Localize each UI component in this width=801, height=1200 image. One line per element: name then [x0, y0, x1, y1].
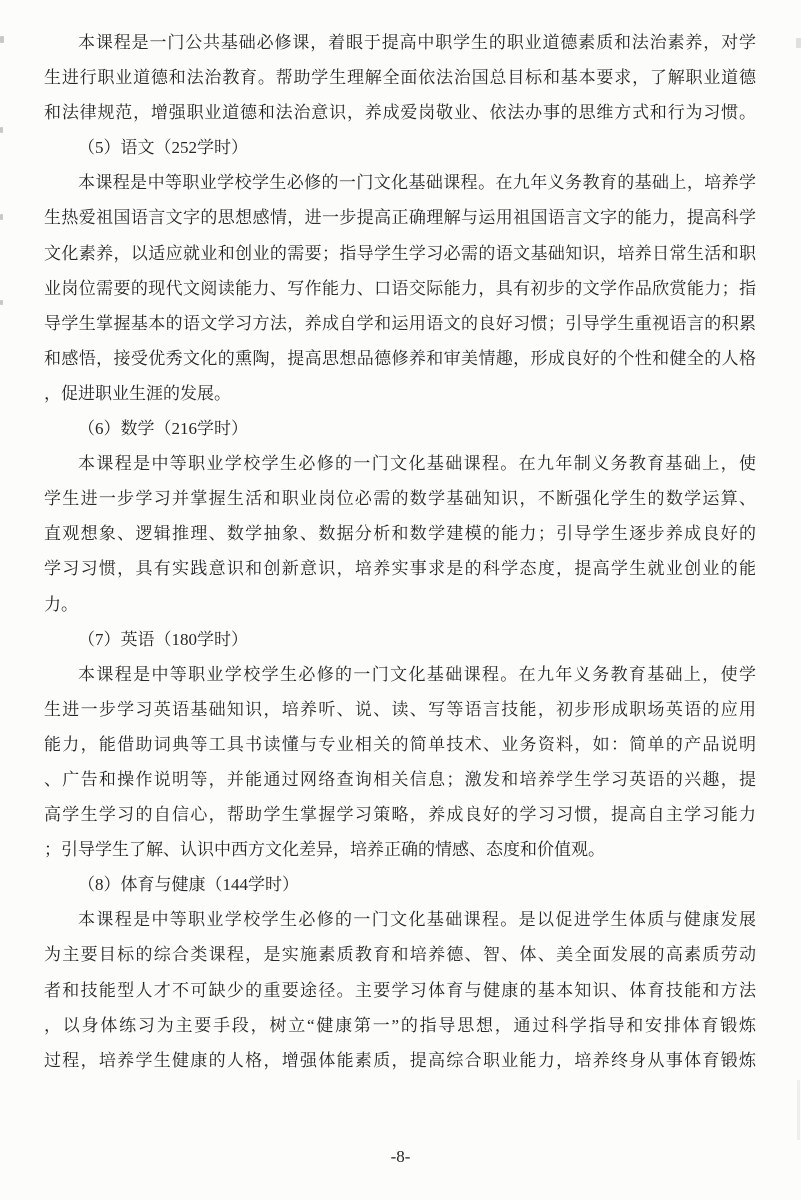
- scan-speck: [0, 300, 3, 305]
- paragraph-line: 和感悟，接受优秀文化的熏陶，提高思想品德修养和审美情趣，形成良好的个性和健全的人…: [44, 341, 756, 376]
- paragraph-line: 生热爱祖国语言文字的思想感情，进一步提高正确理解与运用祖国语言文字的能力，提高科…: [44, 200, 756, 235]
- document-content: 本课程是一门公共基础必修课，着眼于提高中职学生的职业道德素质和法治素养，对学生进…: [44, 25, 756, 1078]
- page-number: -8-: [0, 1144, 801, 1170]
- scan-speck: [797, 1080, 800, 1140]
- paragraph-line: ；引导学生了解、认识中西方文化差异，培养正确的情感、态度和价值观。: [44, 832, 756, 867]
- paragraph-line: 生进一步学习英语基础知识，培养听、说、读、写等语言技能，初步形成职场英语的应用: [44, 692, 756, 727]
- paragraph-line: 学习习惯，具有实践意识和创新意识，培养实事求是的科学态度，提高学生就业创业的能: [44, 551, 756, 586]
- paragraph-line: 和法律规范，增强职业道德和法治意识，养成爱岗敬业、依法办事的思维方式和行为习惯。: [44, 95, 756, 130]
- paragraph-line: ，以身体练习为主要手段，树立“健康第一”的指导思想，通过科学指导和安排体育锻炼: [44, 1008, 756, 1043]
- paragraph-line: 、广告和操作说明等，并能通过网络查询相关信息；激发和培养学生学习英语的兴趣，提: [44, 762, 756, 797]
- paragraph-line: 导学生掌握基本的语文学习方法，养成自学和运用语文的良好习惯；引导学生重视语言的积…: [44, 306, 756, 341]
- paragraph-line: 直观想象、逻辑推理、数学抽象、数据分析和数学建模的能力；引导学生逐步养成良好的: [44, 516, 756, 551]
- section-heading: （8）体育与健康（144学时）: [44, 867, 756, 902]
- scan-speck: [0, 36, 4, 43]
- paragraph-line: 本课程是中等职业学校学生必修的一门文化基础课程。在九年制义务教育基础上，使: [44, 446, 756, 481]
- paragraph-line: 为主要目标的综合类课程，是实施素质教育和培养德、智、体、美全面发展的高素质劳动: [44, 937, 756, 972]
- paragraph-line: 者和技能型人才不可缺少的重要途径。主要学习体育与健康的基本知识、体育技能和方法: [44, 973, 756, 1008]
- paragraph-line: ，促进职业生涯的发展。: [44, 376, 756, 411]
- paragraph-line: 业岗位需要的现代文阅读能力、写作能力、口语交际能力，具有初步的文学作品欣赏能力；…: [44, 271, 756, 306]
- scan-speck: [0, 214, 3, 220]
- section-heading: （6）数学（216学时）: [44, 411, 756, 446]
- paragraph-line: 本课程是中等职业学校学生必修的一门文化基础课程。是以促进学生体质与健康发展: [44, 902, 756, 937]
- document-page: 本课程是一门公共基础必修课，着眼于提高中职学生的职业道德素质和法治素养，对学生进…: [0, 0, 801, 1200]
- paragraph-line: 本课程是一门公共基础必修课，着眼于提高中职学生的职业道德素质和法治素养，对学: [44, 25, 756, 60]
- paragraph-line: 本课程是中等职业学校学生必修的一门文化基础课程。在九年义务教育基础上，使学: [44, 657, 756, 692]
- section-heading: （5）语文（252学时）: [44, 130, 756, 165]
- paragraph-line: 本课程是中等职业学校学生必修的一门文化基础课程。在九年义务教育的基础上，培养学: [44, 165, 756, 200]
- paragraph-line: 学生进一步学习并掌握生活和职业岗位必需的数学基础知识，不断强化学生的数学运算、: [44, 481, 756, 516]
- paragraph-line: 能力，能借助词典等工具书读懂与专业相关的简单技术、业务资料，如：简单的产品说明: [44, 727, 756, 762]
- paragraph-line: 高学生学习的自信心，帮助学生掌握学习策略，养成良好的学习习惯，提高自主学习能力: [44, 797, 756, 832]
- paragraph-line: 过程，培养学生健康的人格，增强体能素质，提高综合职业能力，培养终身从事体育锻炼: [44, 1043, 756, 1078]
- section-heading: （7）英语（180学时）: [44, 622, 756, 657]
- paragraph-line: 生进行职业道德和法治教育。帮助学生理解全面依法治国总目标和基本要求，了解职业道德: [44, 60, 756, 95]
- scan-speck: [796, 38, 801, 48]
- paragraph-line: 力。: [44, 587, 756, 622]
- scan-speck: [0, 127, 3, 133]
- paragraph-line: 文化素养，以适应就业和创业的需要；指导学生学习必需的语文基础知识，培养日常生活和…: [44, 236, 756, 271]
